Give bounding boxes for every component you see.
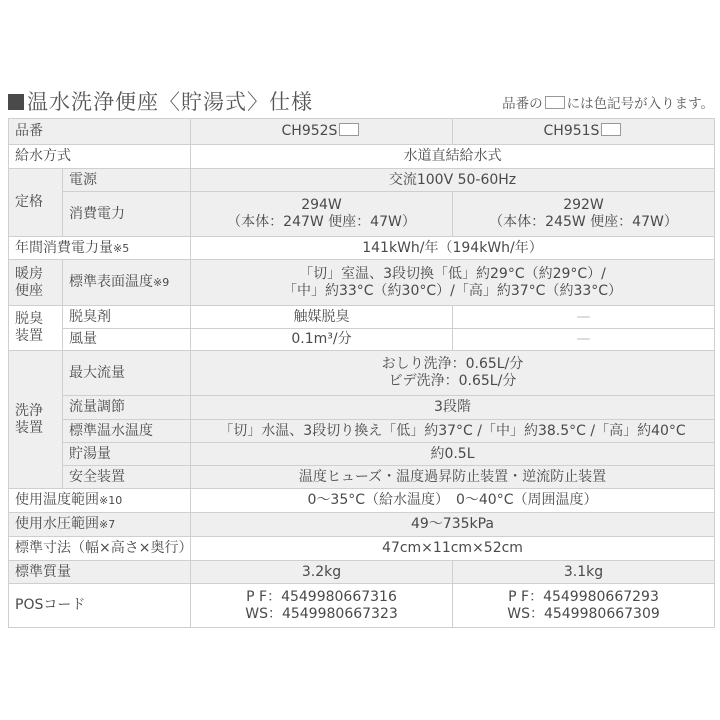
table-row: 使用温度範囲※10 0〜35°C（給水温度） 0〜40°C（周囲温度）	[9, 489, 715, 513]
table-row: 給水方式 水道直結給水式	[9, 145, 715, 169]
table-row: 使用水圧範囲※7 49〜735kPa	[9, 513, 715, 537]
page-title: 温水洗浄便座〈貯湯式〉仕様	[8, 86, 313, 116]
color-placeholder-box	[339, 123, 359, 136]
color-code-note: 品番のには色記号が入ります。	[502, 92, 714, 112]
table-row: 流量調節 3段階	[9, 396, 715, 420]
color-placeholder-box	[545, 96, 565, 109]
table-row: POSコード P F：4549980667316WS：4549980667323…	[9, 584, 715, 628]
table-row: 年間消費電力量※5 141kWh/年（194kWh/年）	[9, 237, 715, 260]
table-row: 風量 0.1m³/分 —	[9, 329, 715, 351]
table-row: 消費電力 294W（本体：247W 便座：47W） 292W（本体：245W 便…	[9, 192, 715, 237]
table-row: 標準質量 3.2kg 3.1kg	[9, 561, 715, 584]
table-row: 暖房便座 標準表面温度※9 「切」室温、3段切換「低」約29°C（約29°C）/…	[9, 260, 715, 306]
model-code: CH951S	[453, 119, 715, 145]
table-row: 貯湯量 約0.5L	[9, 443, 715, 466]
table-row: 安全装置 温度ヒューズ・温度過昇防止装置・逆流防止装置	[9, 466, 715, 489]
table-row: 品番 CH952S CH951S	[9, 119, 715, 145]
table-row: 標準寸法（幅×高さ×奥行） 47cm×11cm×52cm	[9, 537, 715, 561]
table-row: 脱臭装置 脱臭剤 触媒脱臭 —	[9, 306, 715, 329]
table-row: 洗浄装置 最大流量 おしり洗浄：0.65L/分ビデ洗浄：0.65L/分	[9, 351, 715, 396]
color-placeholder-box	[601, 123, 621, 136]
model-code: CH952S	[191, 119, 453, 145]
table-row: 定格 電源 交流100V 50-60Hz	[9, 169, 715, 192]
spec-table: 品番 CH952S CH951S 給水方式 水道直結給水式 定格 電源 交流10…	[8, 118, 715, 628]
square-bullet-icon	[8, 94, 24, 110]
table-row: 標準温水温度 「切」水温、3段切り換え「低」約37°C /「中」約38.5°C …	[9, 420, 715, 443]
